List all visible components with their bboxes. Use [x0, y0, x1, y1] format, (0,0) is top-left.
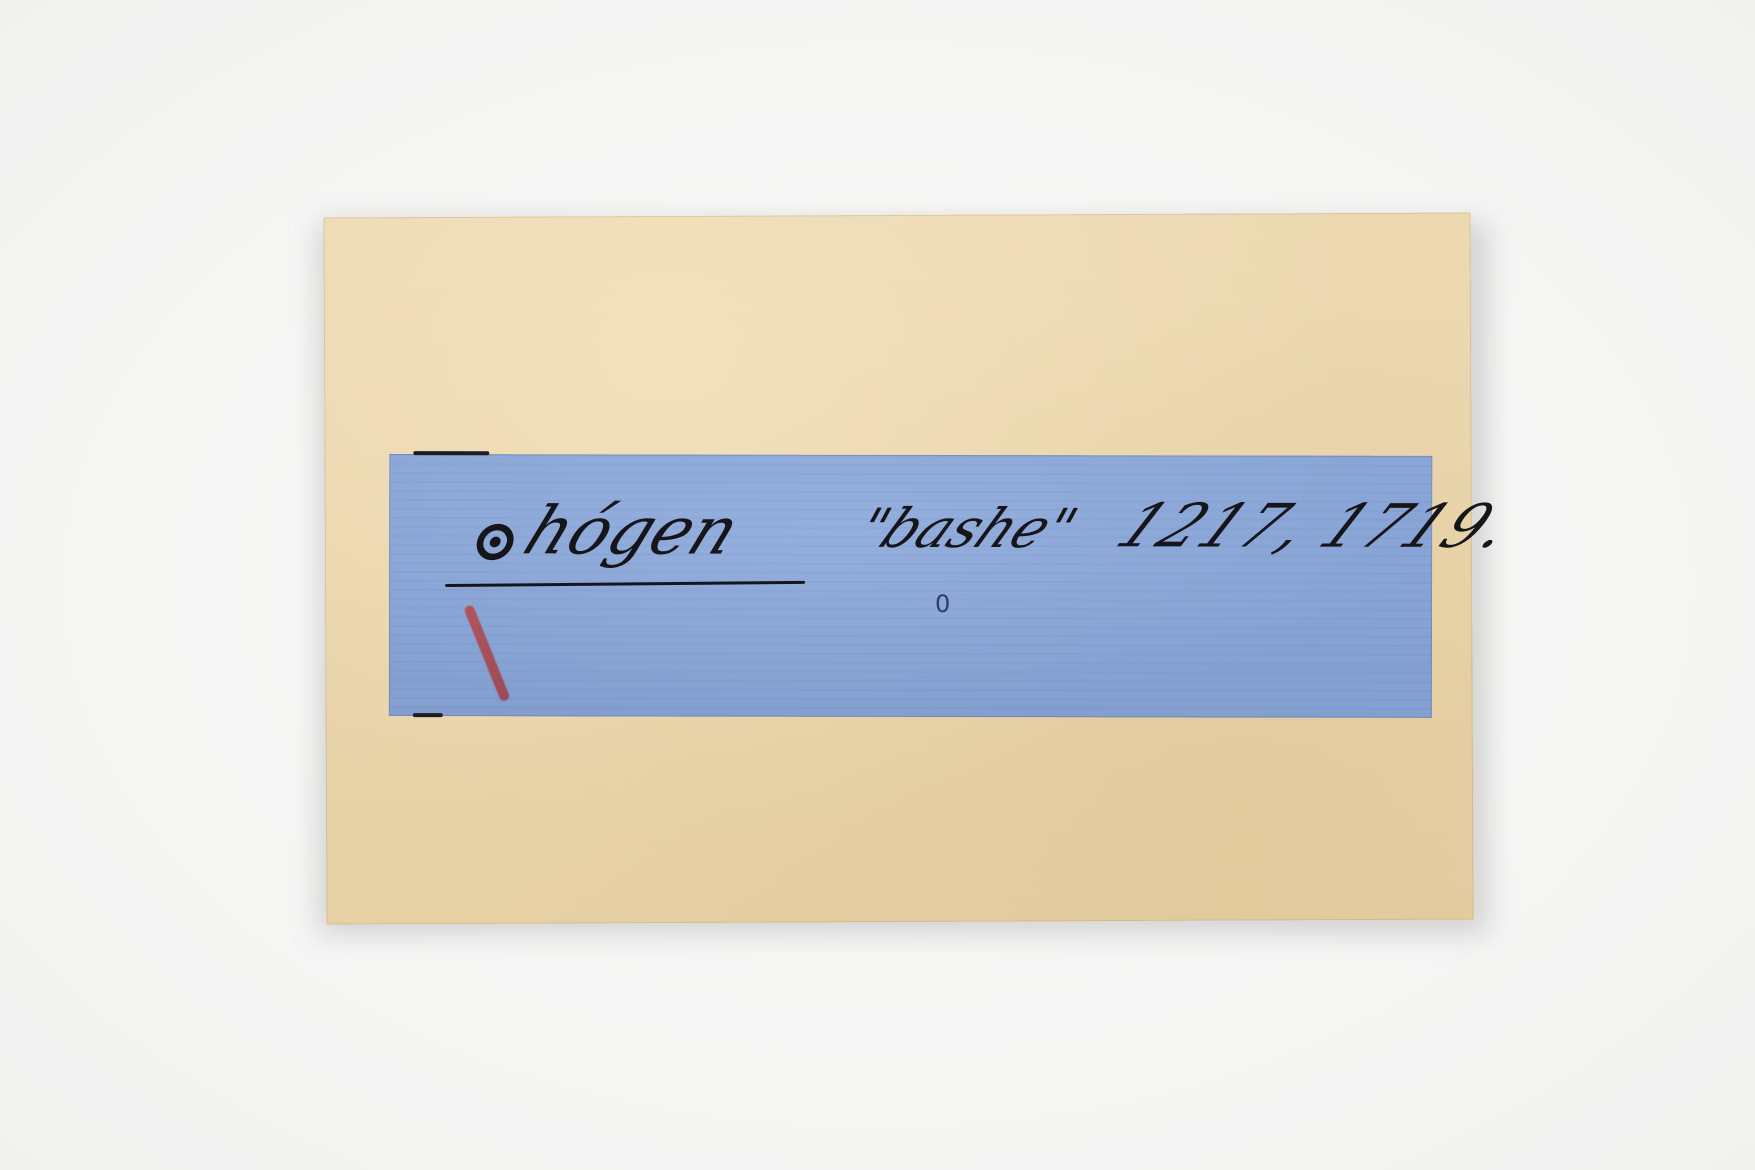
specimen-card: ⊙ hógen "bashe" 1217, 1719. 0	[323, 213, 1473, 925]
ink-edge-mark-bottom	[413, 713, 443, 717]
handwritten-numbers: 1217, 1719.	[1104, 491, 1529, 562]
pencil-note: 0	[935, 590, 950, 618]
handwritten-quoted-word: "bashe"	[844, 497, 1088, 560]
red-pencil-mark	[463, 604, 510, 702]
ink-edge-mark-top	[413, 451, 489, 455]
name-underline	[445, 581, 805, 587]
handwritten-name: hógen	[514, 492, 751, 569]
blue-label-strip: ⊙ hógen "bashe" 1217, 1719. 0	[389, 454, 1432, 718]
